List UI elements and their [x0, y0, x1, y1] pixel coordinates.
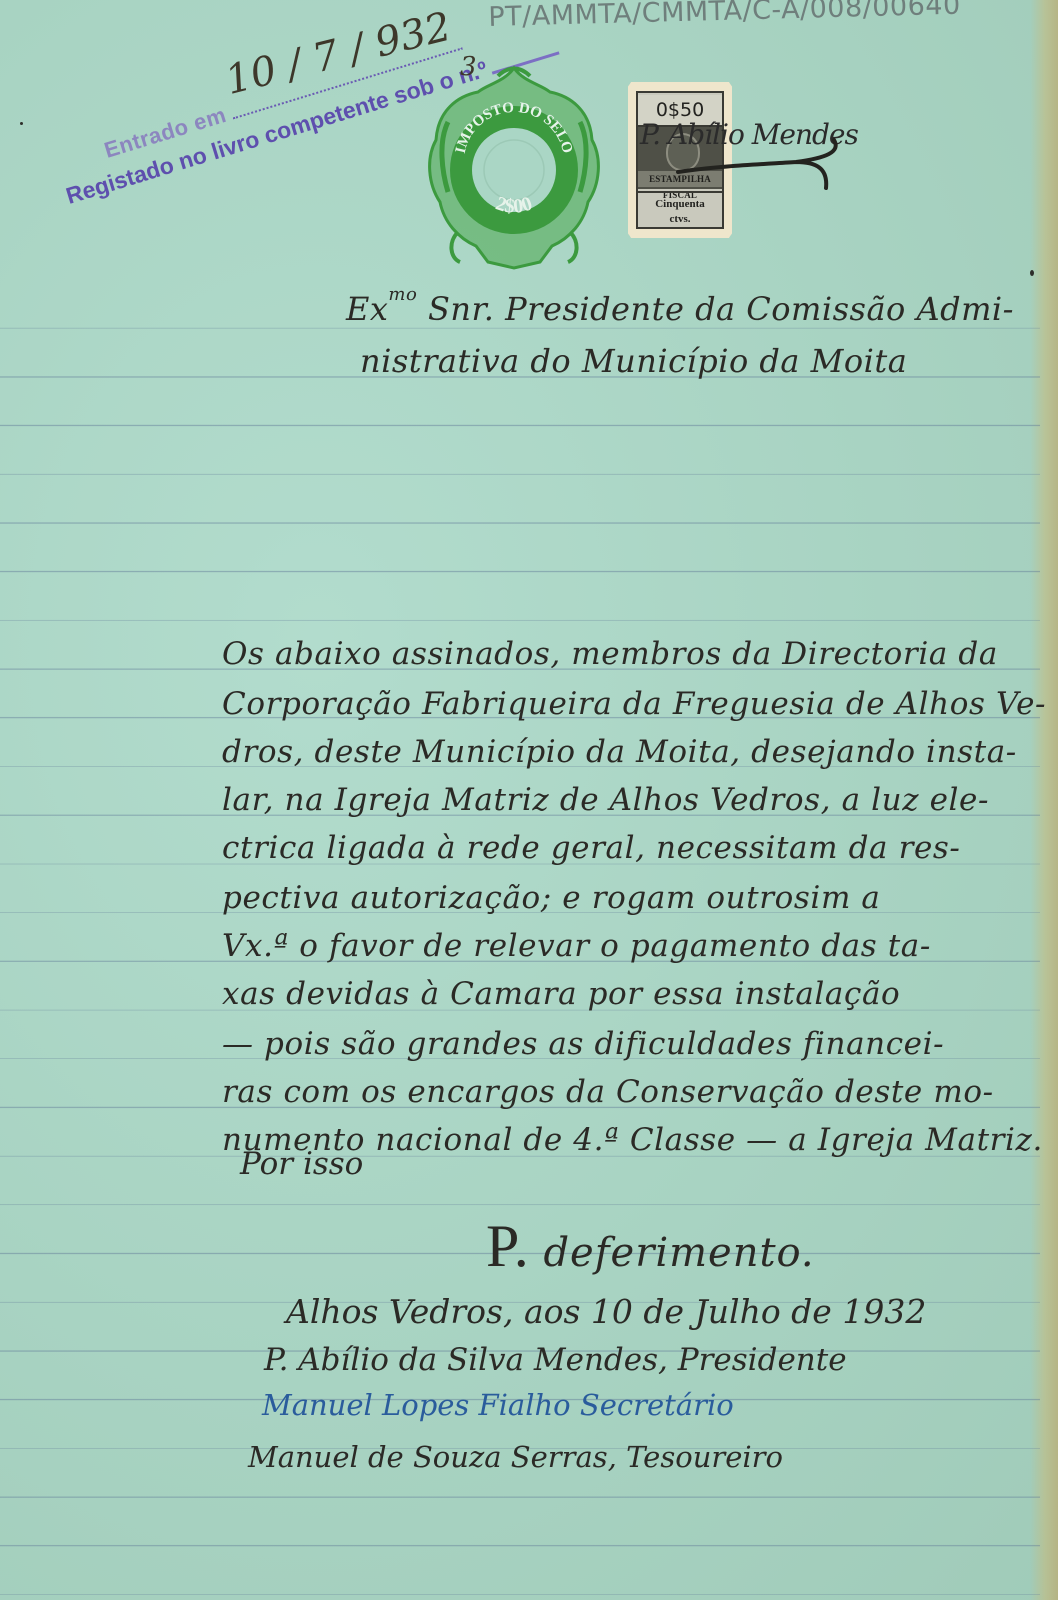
body-line: Corporação Fabriqueira da Freguesia de A… — [222, 686, 1046, 722]
fiscal-stamp-desc-1: Cinquenta — [638, 197, 722, 212]
body-line: dros, deste Município da Moita, desejand… — [222, 734, 1017, 770]
signature-president: P. Abílio da Silva Mendes, Presidente — [264, 1342, 847, 1378]
body-line: — pois são grandes as dificuldades finan… — [222, 1026, 944, 1062]
body-line: lar, na Igreja Matriz de Alhos Vedros, a… — [222, 782, 989, 818]
body-line: Os abaixo assinados, membros da Director… — [222, 636, 998, 672]
place-and-date: Alhos Vedros, aos 10 de Julho de 1932 — [286, 1292, 926, 1331]
signature-flourish-icon — [676, 138, 846, 198]
signature-treasurer: Manuel de Souza Serras, Tesoureiro — [248, 1440, 783, 1474]
body-line: xas devidas à Camara por essa instalação — [222, 976, 900, 1012]
body-line: Vx.ª o favor de relevar o pagamento das … — [222, 928, 931, 964]
tax-seal-emblem: IMPOSTO DO SELO 2$00 — [418, 62, 610, 272]
fiscal-stamp-desc-2: ctvs. — [638, 212, 722, 227]
seal-ornament-icon: IMPOSTO DO SELO 2$00 — [418, 62, 610, 272]
signature-secretary: Manuel Lopes Fialho Secretário — [262, 1388, 734, 1422]
paper-speck — [20, 122, 23, 125]
body-line: pectiva autorização; e rogam outrosim a — [222, 880, 880, 916]
closing-por-isso: Por isso — [240, 1146, 363, 1182]
archive-reference-code: PT/AMMTA/CMMTA/C-A/008/00640 — [488, 0, 961, 33]
addressee-line-1: Exmo Snr. Presidente da Comissão Admi- — [346, 290, 1014, 328]
request-deferment: P. deferimento. — [486, 1212, 815, 1281]
addressee-line-2: nistrativa do Município da Moita — [360, 342, 907, 380]
document-page: PT/AMMTA/CMMTA/C-A/008/00640 Entrado em … — [0, 0, 1058, 1600]
body-line: ctrica ligada à rede geral, necessitam d… — [222, 830, 961, 866]
body-line: ras com os encargos da Conservação deste… — [222, 1074, 994, 1110]
paper-speck — [1030, 270, 1034, 276]
